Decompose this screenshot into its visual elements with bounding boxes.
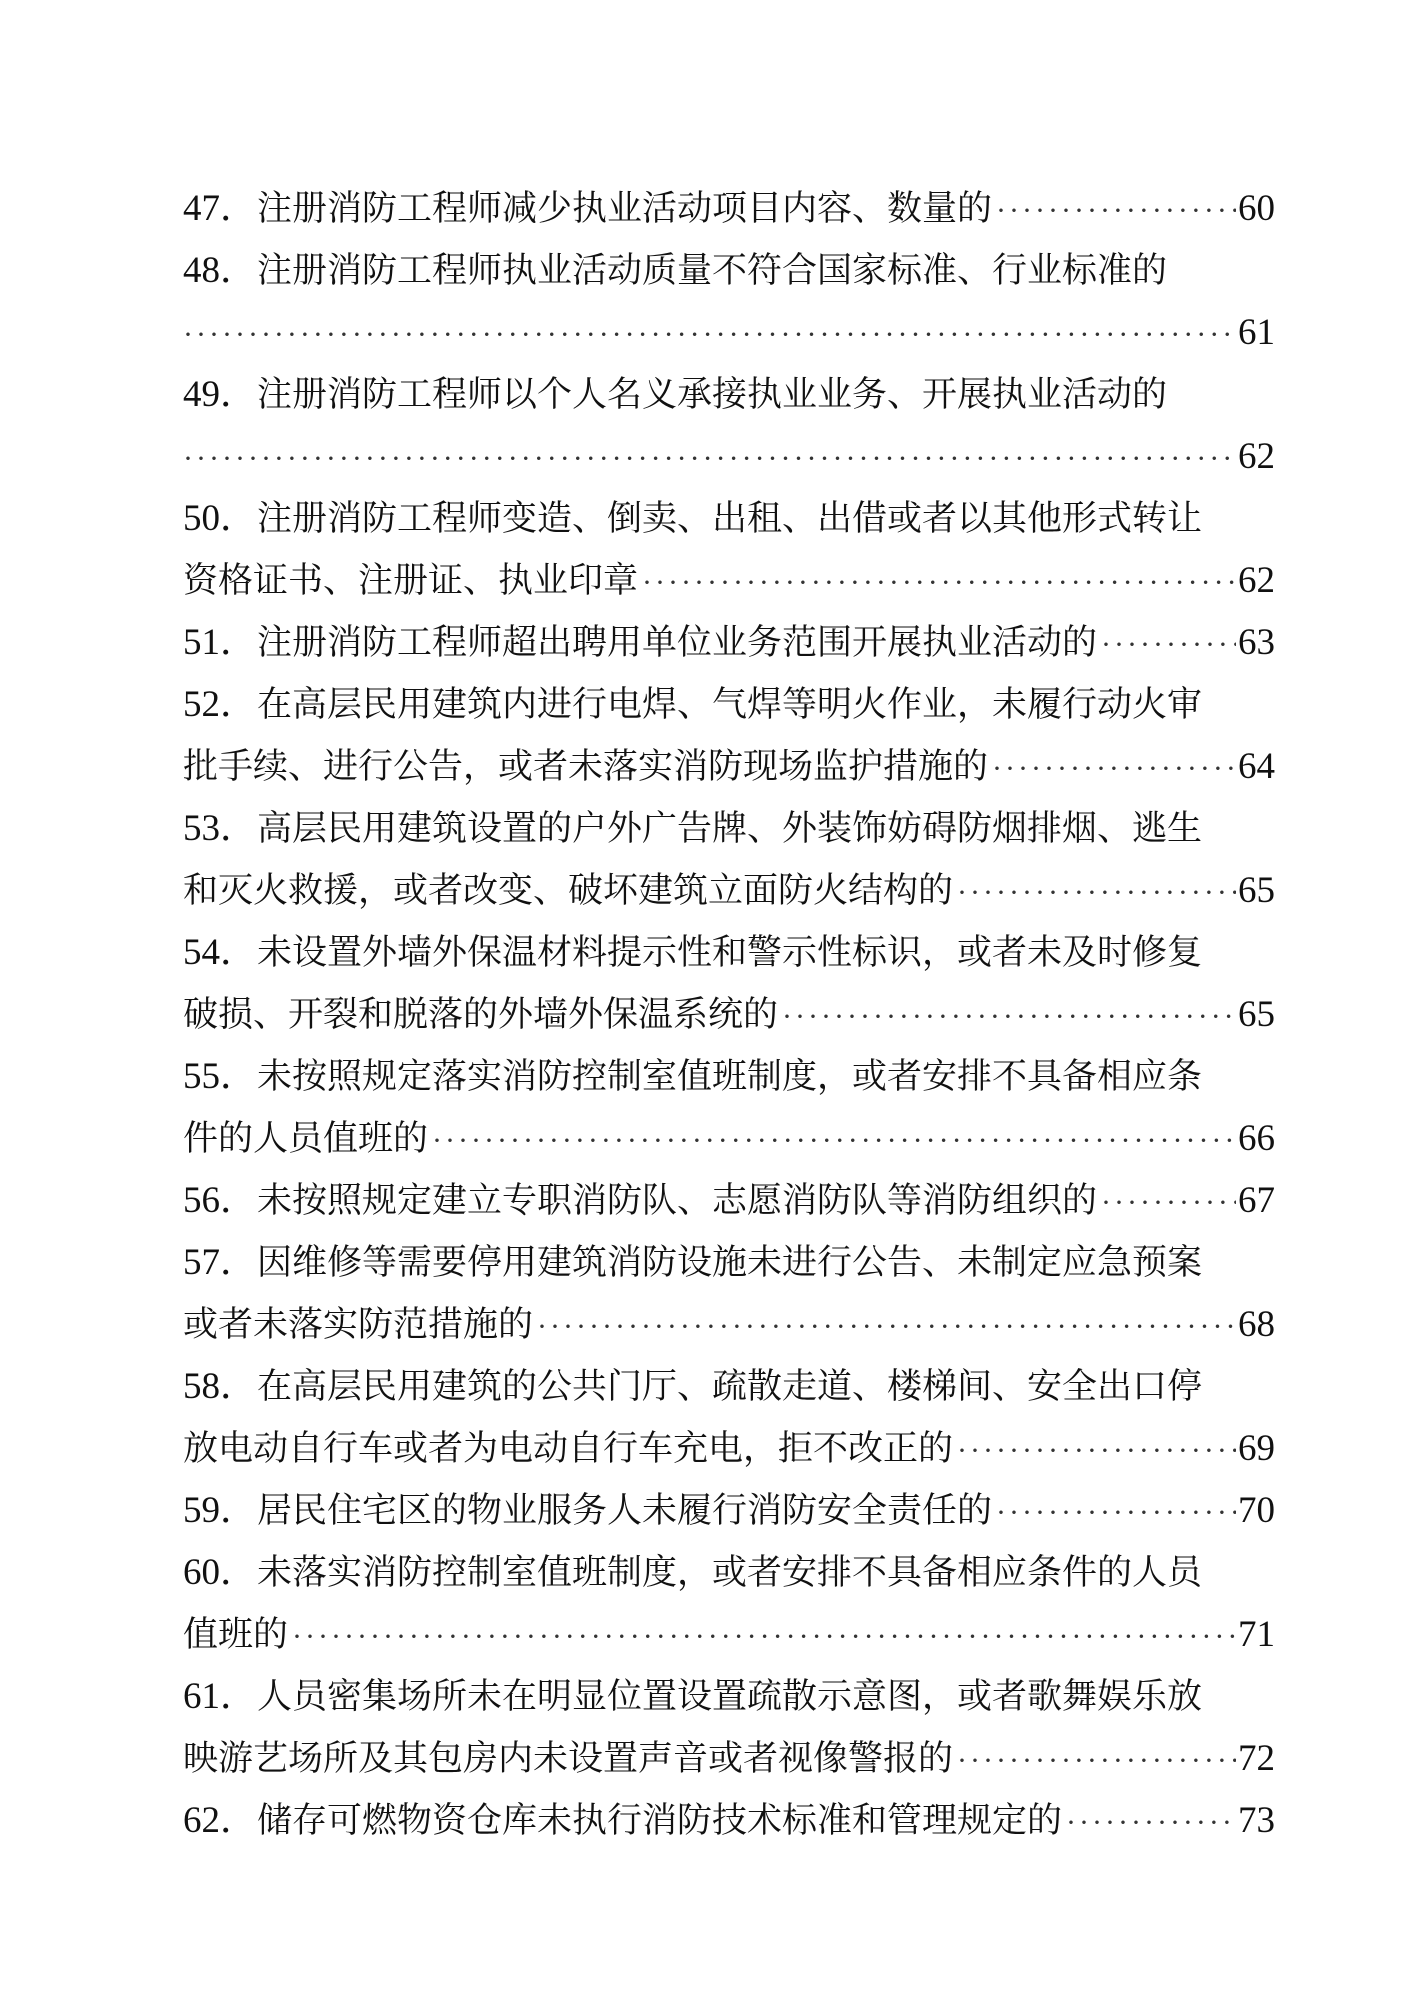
page-number: 63	[1238, 612, 1275, 674]
page-number: 61	[1238, 302, 1275, 364]
dot-leader	[996, 1482, 1236, 1544]
dot-leader	[183, 304, 1236, 366]
table-of-contents: 47． 注册消防工程师减少执业活动项目内容、数量的 60 48． 注册消防工程师…	[183, 178, 1275, 1852]
toc-entry-54[interactable]: 54． 未设置外墙外保温材料提示性和警示性标识，或者未及时修复	[183, 922, 1275, 984]
page-number: 65	[1238, 984, 1275, 1046]
page-number: 67	[1238, 1170, 1275, 1232]
toc-entry-54-cont[interactable]: 破损、开裂和脱落的外墙外保温系统的 65	[183, 984, 1275, 1046]
page-number: 70	[1238, 1480, 1275, 1542]
toc-entry-58[interactable]: 58． 在高层民用建筑的公共门厅、疏散走道、楼梯间、安全出口停	[183, 1356, 1275, 1418]
toc-entry-49[interactable]: 49． 注册消防工程师以个人名义承接执业业务、开展执业活动的	[183, 364, 1275, 426]
dot-leader	[1101, 614, 1236, 676]
toc-entry-53-cont[interactable]: 和灭火救援，或者改变、破坏建筑立面防火结构的 65	[183, 860, 1275, 922]
toc-entry-55-cont[interactable]: 件的人员值班的 66	[183, 1108, 1275, 1170]
toc-entry-61[interactable]: 61． 人员密集场所未在明显位置设置疏散示意图，或者歌舞娱乐放	[183, 1666, 1275, 1728]
page-number: 72	[1238, 1728, 1275, 1790]
page-number: 64	[1238, 736, 1275, 798]
page-number: 62	[1238, 426, 1275, 488]
toc-entry-59[interactable]: 59． 居民住宅区的物业服务人未履行消防安全责任的 70	[183, 1480, 1275, 1542]
toc-entry-55[interactable]: 55． 未按照规定落实消防控制室值班制度，或者安排不具备相应条	[183, 1046, 1275, 1108]
dot-leader	[642, 552, 1236, 614]
toc-entry-58-cont[interactable]: 放电动自行车或者为电动自行车充电，拒不改正的 69	[183, 1418, 1275, 1480]
dot-leader	[957, 1730, 1236, 1792]
toc-entry-51[interactable]: 51． 注册消防工程师超出聘用单位业务范围开展执业活动的 63	[183, 612, 1275, 674]
page-number: 69	[1238, 1418, 1275, 1480]
dot-leader	[957, 862, 1236, 924]
page-number: 73	[1238, 1790, 1275, 1852]
toc-entry-47[interactable]: 47． 注册消防工程师减少执业活动项目内容、数量的 60	[183, 178, 1275, 240]
toc-entry-48-cont[interactable]: 61	[183, 302, 1275, 364]
toc-entry-52[interactable]: 52． 在高层民用建筑内进行电焊、气焊等明火作业，未履行动火审	[183, 674, 1275, 736]
dot-leader	[957, 1420, 1236, 1482]
toc-entry-53[interactable]: 53． 高层民用建筑设置的户外广告牌、外装饰妨碍防烟排烟、逃生	[183, 798, 1275, 860]
toc-entry-62[interactable]: 62． 储存可燃物资仓库未执行消防技术标准和管理规定的 73	[183, 1790, 1275, 1852]
dot-leader	[1066, 1792, 1236, 1854]
dot-leader	[782, 986, 1236, 1048]
toc-entry-50-cont[interactable]: 资格证书、注册证、执业印章 62	[183, 550, 1275, 612]
toc-entry-60-cont[interactable]: 值班的 71	[183, 1604, 1275, 1666]
dot-leader	[996, 180, 1236, 242]
dot-leader	[537, 1296, 1236, 1358]
dot-leader	[292, 1606, 1236, 1668]
toc-entry-57[interactable]: 57． 因维修等需要停用建筑消防设施未进行公告、未制定应急预案	[183, 1232, 1275, 1294]
page-number: 68	[1238, 1294, 1275, 1356]
dot-leader	[183, 428, 1236, 490]
page-number: 60	[1238, 178, 1275, 240]
toc-entry-57-cont[interactable]: 或者未落实防范措施的 68	[183, 1294, 1275, 1356]
page-number: 66	[1238, 1108, 1275, 1170]
page-number: 62	[1238, 550, 1275, 612]
toc-entry-56[interactable]: 56． 未按照规定建立专职消防队、志愿消防队等消防组织的 67	[183, 1170, 1275, 1232]
toc-entry-48[interactable]: 48． 注册消防工程师执业活动质量不符合国家标准、行业标准的	[183, 240, 1275, 302]
toc-entry-60[interactable]: 60． 未落实消防控制室值班制度，或者安排不具备相应条件的人员	[183, 1542, 1275, 1604]
dot-leader	[432, 1110, 1236, 1172]
toc-entry-49-cont[interactable]: 62	[183, 426, 1275, 488]
dot-leader	[1101, 1172, 1236, 1234]
dot-leader	[992, 738, 1236, 800]
toc-entry-50[interactable]: 50． 注册消防工程师变造、倒卖、出租、出借或者以其他形式转让	[183, 488, 1275, 550]
page-number: 65	[1238, 860, 1275, 922]
page-number: 71	[1238, 1604, 1275, 1666]
toc-entry-61-cont[interactable]: 映游艺场所及其包房内未设置声音或者视像警报的 72	[183, 1728, 1275, 1790]
toc-entry-52-cont[interactable]: 批手续、进行公告，或者未落实消防现场监护措施的 64	[183, 736, 1275, 798]
